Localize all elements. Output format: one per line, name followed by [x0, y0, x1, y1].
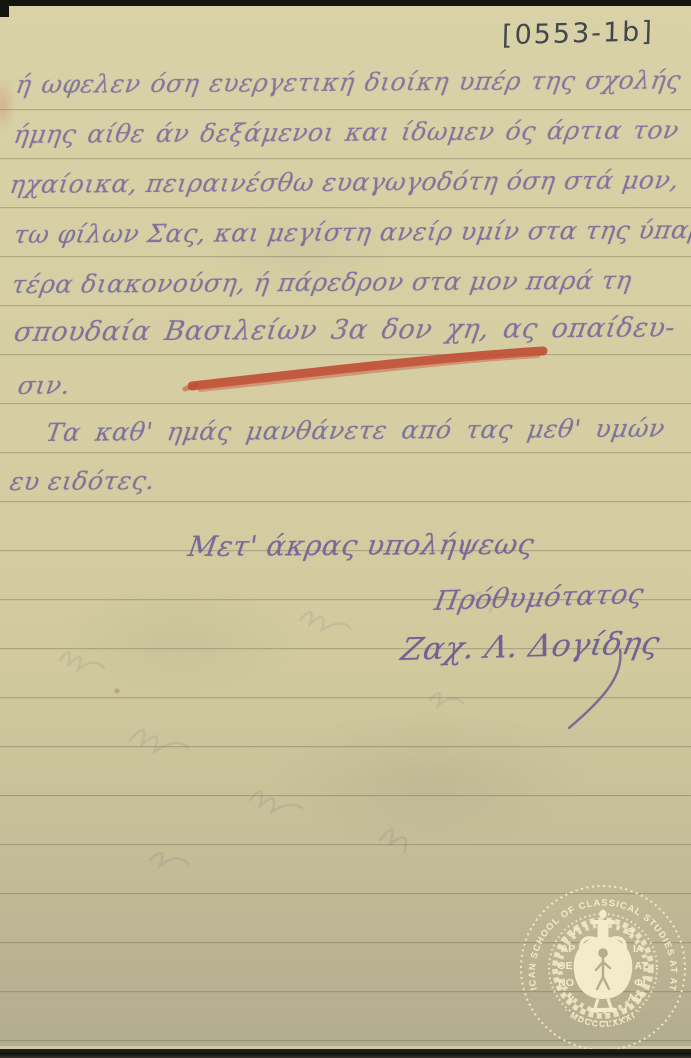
- embossed-seal: AMERICAN SCHOOL OF CLASSICAL STUDIES AT …: [512, 877, 691, 1058]
- handwriting-line: ευ ειδότες.: [8, 466, 157, 496]
- svg-text:ΘΕ: ΘΕ: [557, 960, 572, 972]
- handwriting-line: ή ωφελεν όση ευεργετική διοίκη υπέρ της …: [14, 65, 683, 99]
- svg-text:· MDCCCLXXXI ·: · MDCCCLXXXI ·: [562, 1006, 644, 1029]
- svg-text:ΑΤ: ΑΤ: [634, 960, 648, 972]
- handwriting-line: τω φίλων Σας, και μεγίστη ανείρ υμίν στα…: [12, 215, 681, 249]
- svg-text:ΙΛ: ΙΛ: [633, 943, 643, 955]
- seal-wreath-inner: [560, 925, 646, 1011]
- svg-text:Ι: Ι: [625, 1003, 628, 1015]
- scan-edge-corner: [0, 0, 9, 17]
- svg-text:Υ: Υ: [567, 994, 574, 1006]
- scan-edge-bottom: [0, 1049, 691, 1058]
- svg-text:ΦΙ: ΦΙ: [634, 977, 646, 989]
- red-underline: [185, 351, 543, 390]
- seal-outer-dotted-ring: [521, 886, 685, 1050]
- svg-text:ΑΡ: ΑΡ: [561, 943, 576, 955]
- amphora-icon: [574, 910, 633, 1010]
- handwriting-line: τέρα διακονούση, ή πάρεδρον στα μον παρά…: [10, 266, 625, 299]
- svg-text:ΝΟ: ΝΟ: [558, 977, 574, 989]
- handwriting-line: ήμης αίθε άν δεξάμενοι και ίδωμεν ός άρτ…: [12, 115, 681, 149]
- handwriting-line: Τα καθ' ημάς μανθάνετε από τας μεθ' υμών: [44, 414, 667, 447]
- handwriting-line-underlined: σπουδαία Βασιλείων 3α δον χη, ας οπαίδευ…: [12, 312, 677, 348]
- figure-on-amphora: [596, 949, 610, 989]
- seal-wreath-outer: [555, 920, 651, 1016]
- handwriting-line: ηχαίοικα, πειραινέσθω ευαγωγοδότη όση στ…: [8, 165, 681, 199]
- svg-text:ΛΟ: ΛΟ: [628, 992, 643, 1004]
- svg-text:Θ: Θ: [626, 926, 634, 938]
- seal-greek-letters: Γ ΑΡ ΘΕ ΝΟ Υ Θ ΙΛ ΑΤ ΦΙ ΛΟ Ι: [557, 926, 648, 1015]
- svg-text:Γ: Γ: [573, 926, 580, 938]
- manuscript-page: [0553-1b] ή ωφελεν όση ευεργετική διοίκη…: [0, 0, 691, 1058]
- seal-rim-text: AMERICAN SCHOOL OF CLASSICAL STUDIES AT …: [512, 877, 679, 1029]
- seal-beaded-ring: [549, 914, 657, 1022]
- closing-salutation: Μετ' άκρας υπολήψεως: [186, 528, 491, 563]
- ruled-lines: [0, 109, 691, 1045]
- svg-text:AMERICAN SCHOOL OF CLASSICAL S: AMERICAN SCHOOL OF CLASSICAL STUDIES AT …: [512, 877, 679, 993]
- handwriting-line: σιν.: [16, 371, 72, 400]
- signature-line: Πρόθυμότατος: [432, 579, 647, 617]
- scan-edge-top: [0, 0, 691, 6]
- signature-line: Ζαχ. Λ. Δογίδης: [398, 625, 663, 668]
- archive-number: [0553-1b]: [502, 16, 673, 51]
